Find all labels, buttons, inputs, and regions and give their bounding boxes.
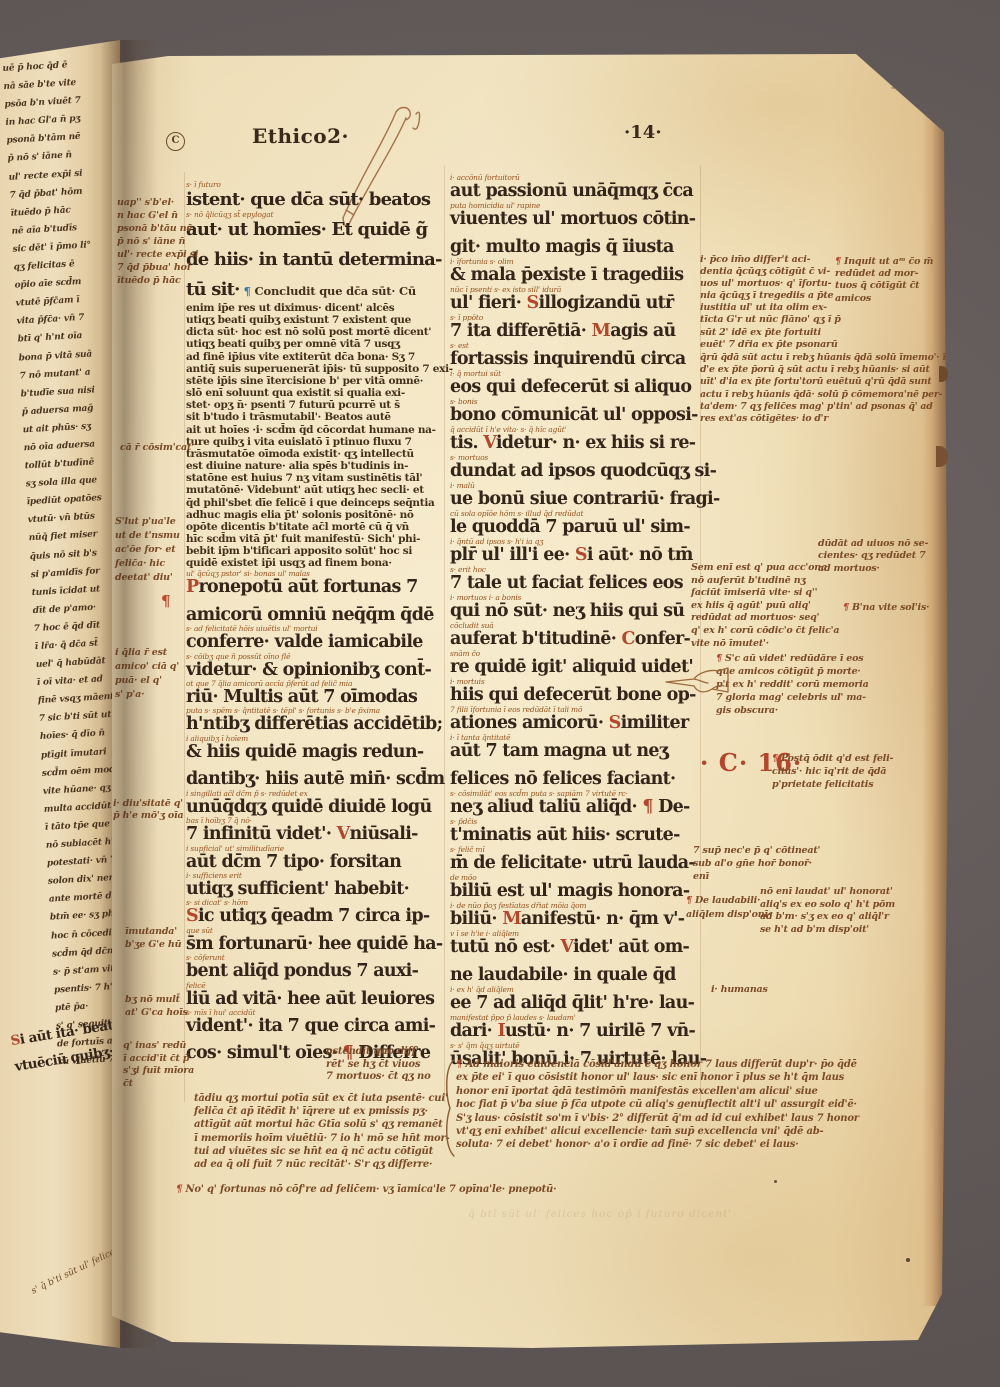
facing-page-edge: uē p̄ hoc q̄d ēnā sāe b'te vitepsōa b'n … <box>0 40 120 1348</box>
left-margin-note-8: q' inas' redūī accid'īt c̄t p̄s'ʒi fuīt … <box>123 1040 194 1090</box>
right-margin-note-1: ¶ Inquit ut aᵐ c̄o m̄redūdet ad mor-tuos… <box>835 256 933 305</box>
right-margin-note-4: ¶ B'na vite sol'is· <box>843 602 929 614</box>
left-margin-note-6: īmutanda'b'ʒe G'e hū <box>125 925 181 951</box>
manuscript-page: C Ethico2· ·14· 38 s· ī futuroistent· qu… <box>112 54 948 1348</box>
right-margin-gloss-wide: q̄rū q̄dā sūt actu ī rebʒ hūanis q̄dā so… <box>700 352 995 425</box>
text-column-right: i· accōnū fortuitorūaut passionū unāq̄mq… <box>450 173 710 1069</box>
left-margin-note-2: cā r̄ cōsim'cat' <box>120 442 194 454</box>
manicule-pointing-hand-icon <box>664 666 730 706</box>
offset-ghost-text: q̄ btī sūt ul' felices hoc op̄ ī futuro … <box>468 1208 732 1220</box>
right-margin-note-5: ¶ S'c aū videt' redūdāre ī eosque amicos… <box>716 652 869 717</box>
left-margin-note-7: bʒ nō mult̄at' G'ca hoīs <box>125 993 188 1019</box>
left-margin-note-5: i· diu'sitatē q'p̄ h'e mō'ʒ oīa <box>113 798 183 821</box>
left-margin-note-4: i q̄lia r̄ estamico' ciā q'puā· el q's' … <box>115 646 179 702</box>
manuscript-photo: uē p̄ hoc q̄d ēnā sāe b'te vitepsōa b'n … <box>0 0 1000 1387</box>
header-chapter-number: ·14· <box>624 122 662 143</box>
text-column-left: s· ī futuroistent· que dc̄a sūt· beatoss… <box>186 180 448 1063</box>
ruling-line <box>184 172 185 1102</box>
right-margin-note-10: i· humanas <box>711 984 768 996</box>
stain-speck <box>774 1180 777 1183</box>
bottom-note-right: ¶ Ad maioris euidenciā cōsid'andū ē qʒ h… <box>456 1058 926 1152</box>
left-margin-note-3: S'lut p'ua'leut de t'nsmuac'ōe for· etfe… <box>115 515 180 585</box>
right-margin-note-7: ¶ Postq̄ ōdit q'd est feli-citas'· hic ī… <box>772 752 893 792</box>
folio-number-pencil: 38 <box>889 75 912 92</box>
bottom-note-small: ostendit quo diff'rēt' se hʒ c̄t viuos7 … <box>326 1046 431 1084</box>
red-paraph-mark: ¶ <box>161 592 171 610</box>
header-quire-mark: C <box>166 132 185 151</box>
right-margin-note-3: Sem enī est q' pua acc'onanō auferūt b't… <box>691 562 839 650</box>
bottom-note-left: tādiu qʒ mortui potīa sūt ex c̄t iuta ps… <box>194 1092 449 1171</box>
right-margin-note-9a: ¶ De laudabili·aliq̄lem disp'onī· <box>686 894 771 921</box>
bottom-note-last-line: ¶ No' q' fortunas nō cōf're ad felic̄em·… <box>176 1184 556 1196</box>
leather-index-tab <box>939 366 948 382</box>
right-margin-note-8: 7 sup̄ nec'e p̄ q' cōtineat'sub al'o gn̄… <box>693 844 820 883</box>
right-margin-note-9b: nō enī laudat' ul' honorat'aliq's ex eo … <box>760 886 895 936</box>
right-margin-gloss-upper: i· p̄co im̄o differ't aci-dentia q̄cūqʒ … <box>700 254 841 351</box>
leather-index-tab <box>936 446 948 467</box>
stain-speck <box>906 1258 910 1262</box>
left-margin-note-1: uap'' s'b'el·n hac G'el n̄psonā b'tāu nē… <box>117 196 198 287</box>
